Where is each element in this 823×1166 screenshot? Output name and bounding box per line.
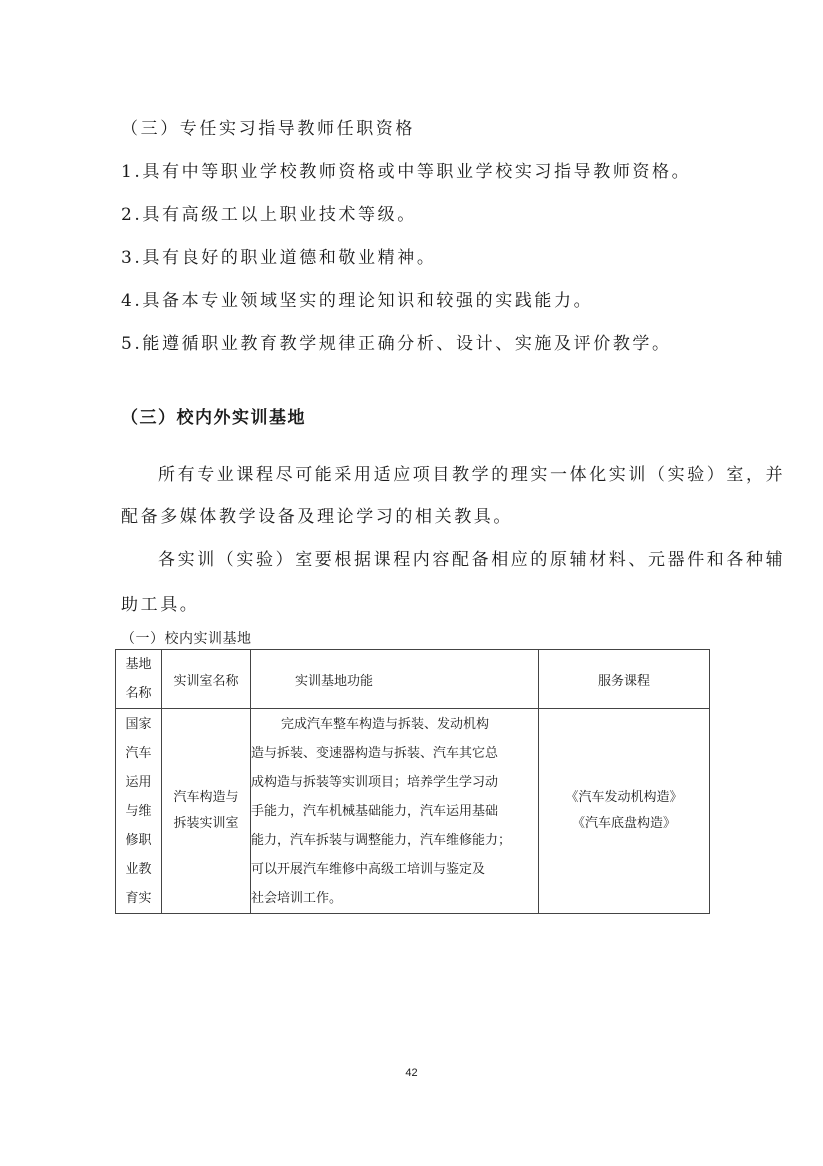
header-base-name-line-1: 基地 [120,650,157,679]
heading-teacher-qualifications: （三）专任实习指导教师任职资格 [121,114,415,139]
function-line: 造与拆装、变速器构造与拆装、汽车其它总 [251,739,538,768]
qualification-item-2: 2.具有高级工以上职业技术等级。 [121,200,417,225]
page-number: 42 [0,1067,823,1079]
table-row: 国家 汽车 运用 与维 修职 业教 育实 汽车构造与 拆装实训室 完成汽车整车构… [116,709,710,914]
paragraph-1-line-2: 配备多媒体教学设备及理论学习的相关教具。 [121,502,513,527]
cell-courses: 《汽车发动机构造》 《汽车底盘构造》 [539,709,710,914]
function-line: 成构造与拆装等实训项目；培养学生学习动 [251,768,538,797]
qualification-item-1: 1.具有中等职业学校教师资格或中等职业学校实习指导教师资格。 [121,157,691,182]
course-item: 《汽车发动机构造》 [539,785,709,811]
cell-room-name: 汽车构造与 拆装实训室 [162,709,251,914]
paragraph-1-line-1: 所有专业课程尽可能采用适应项目教学的理实一体化实训（实验）室，并 [158,460,785,485]
base-name-line: 育实 [116,884,161,913]
base-name-line: 国家 [116,710,161,739]
base-name-line: 运用 [116,768,161,797]
function-line: 手能力，汽车机械基础能力，汽车运用基础 [251,797,538,826]
function-line: 社会培训工作。 [251,884,538,913]
base-name-line: 汽车 [116,739,161,768]
training-base-table: 基地 名称 实训室名称 实训基地功能 服务课程 国家 汽车 运用 与维 修职 业… [115,649,710,914]
header-courses: 服务课程 [539,650,710,709]
base-name-line: 业教 [116,855,161,884]
table-caption: （一）校内实训基地 [121,628,252,648]
header-function: 实训基地功能 [251,650,539,709]
heading-training-base: （三）校内外实训基地 [121,403,306,428]
course-item: 《汽车底盘构造》 [539,811,709,837]
room-name-line: 汽车构造与 [162,785,250,811]
header-base-name-line-2: 名称 [120,679,157,708]
paragraph-2-line-1: 各实训（实验）室要根据课程内容配备相应的原辅材料、元器件和各种辅 [158,545,785,570]
paragraph-2-line-2: 助工具。 [121,590,199,615]
qualification-item-3: 3.具有良好的职业道德和敬业精神。 [121,243,436,268]
function-line: 能力，汽车拆装与调整能力，汽车维修能力； [251,826,538,855]
header-base-name: 基地 名称 [116,650,162,709]
base-name-line: 修职 [116,826,161,855]
table-header-row: 基地 名称 实训室名称 实训基地功能 服务课程 [116,650,710,709]
cell-function: 完成汽车整车构造与拆装、发动机构 造与拆装、变速器构造与拆装、汽车其它总 成构造… [251,709,539,914]
cell-base-name: 国家 汽车 运用 与维 修职 业教 育实 [116,709,162,914]
room-name-line: 拆装实训室 [162,811,250,837]
qualification-item-5: 5.能遵循职业教育教学规律正确分析、设计、实施及评价教学。 [121,329,672,354]
base-name-line: 与维 [116,797,161,826]
function-line: 完成汽车整车构造与拆装、发动机构 [251,710,538,739]
function-line: 可以开展汽车维修中高级工培训与鉴定及 [251,855,538,884]
qualification-item-4: 4.具备本专业领域坚实的理论知识和较强的实践能力。 [121,286,593,311]
header-room-name: 实训室名称 [162,650,251,709]
